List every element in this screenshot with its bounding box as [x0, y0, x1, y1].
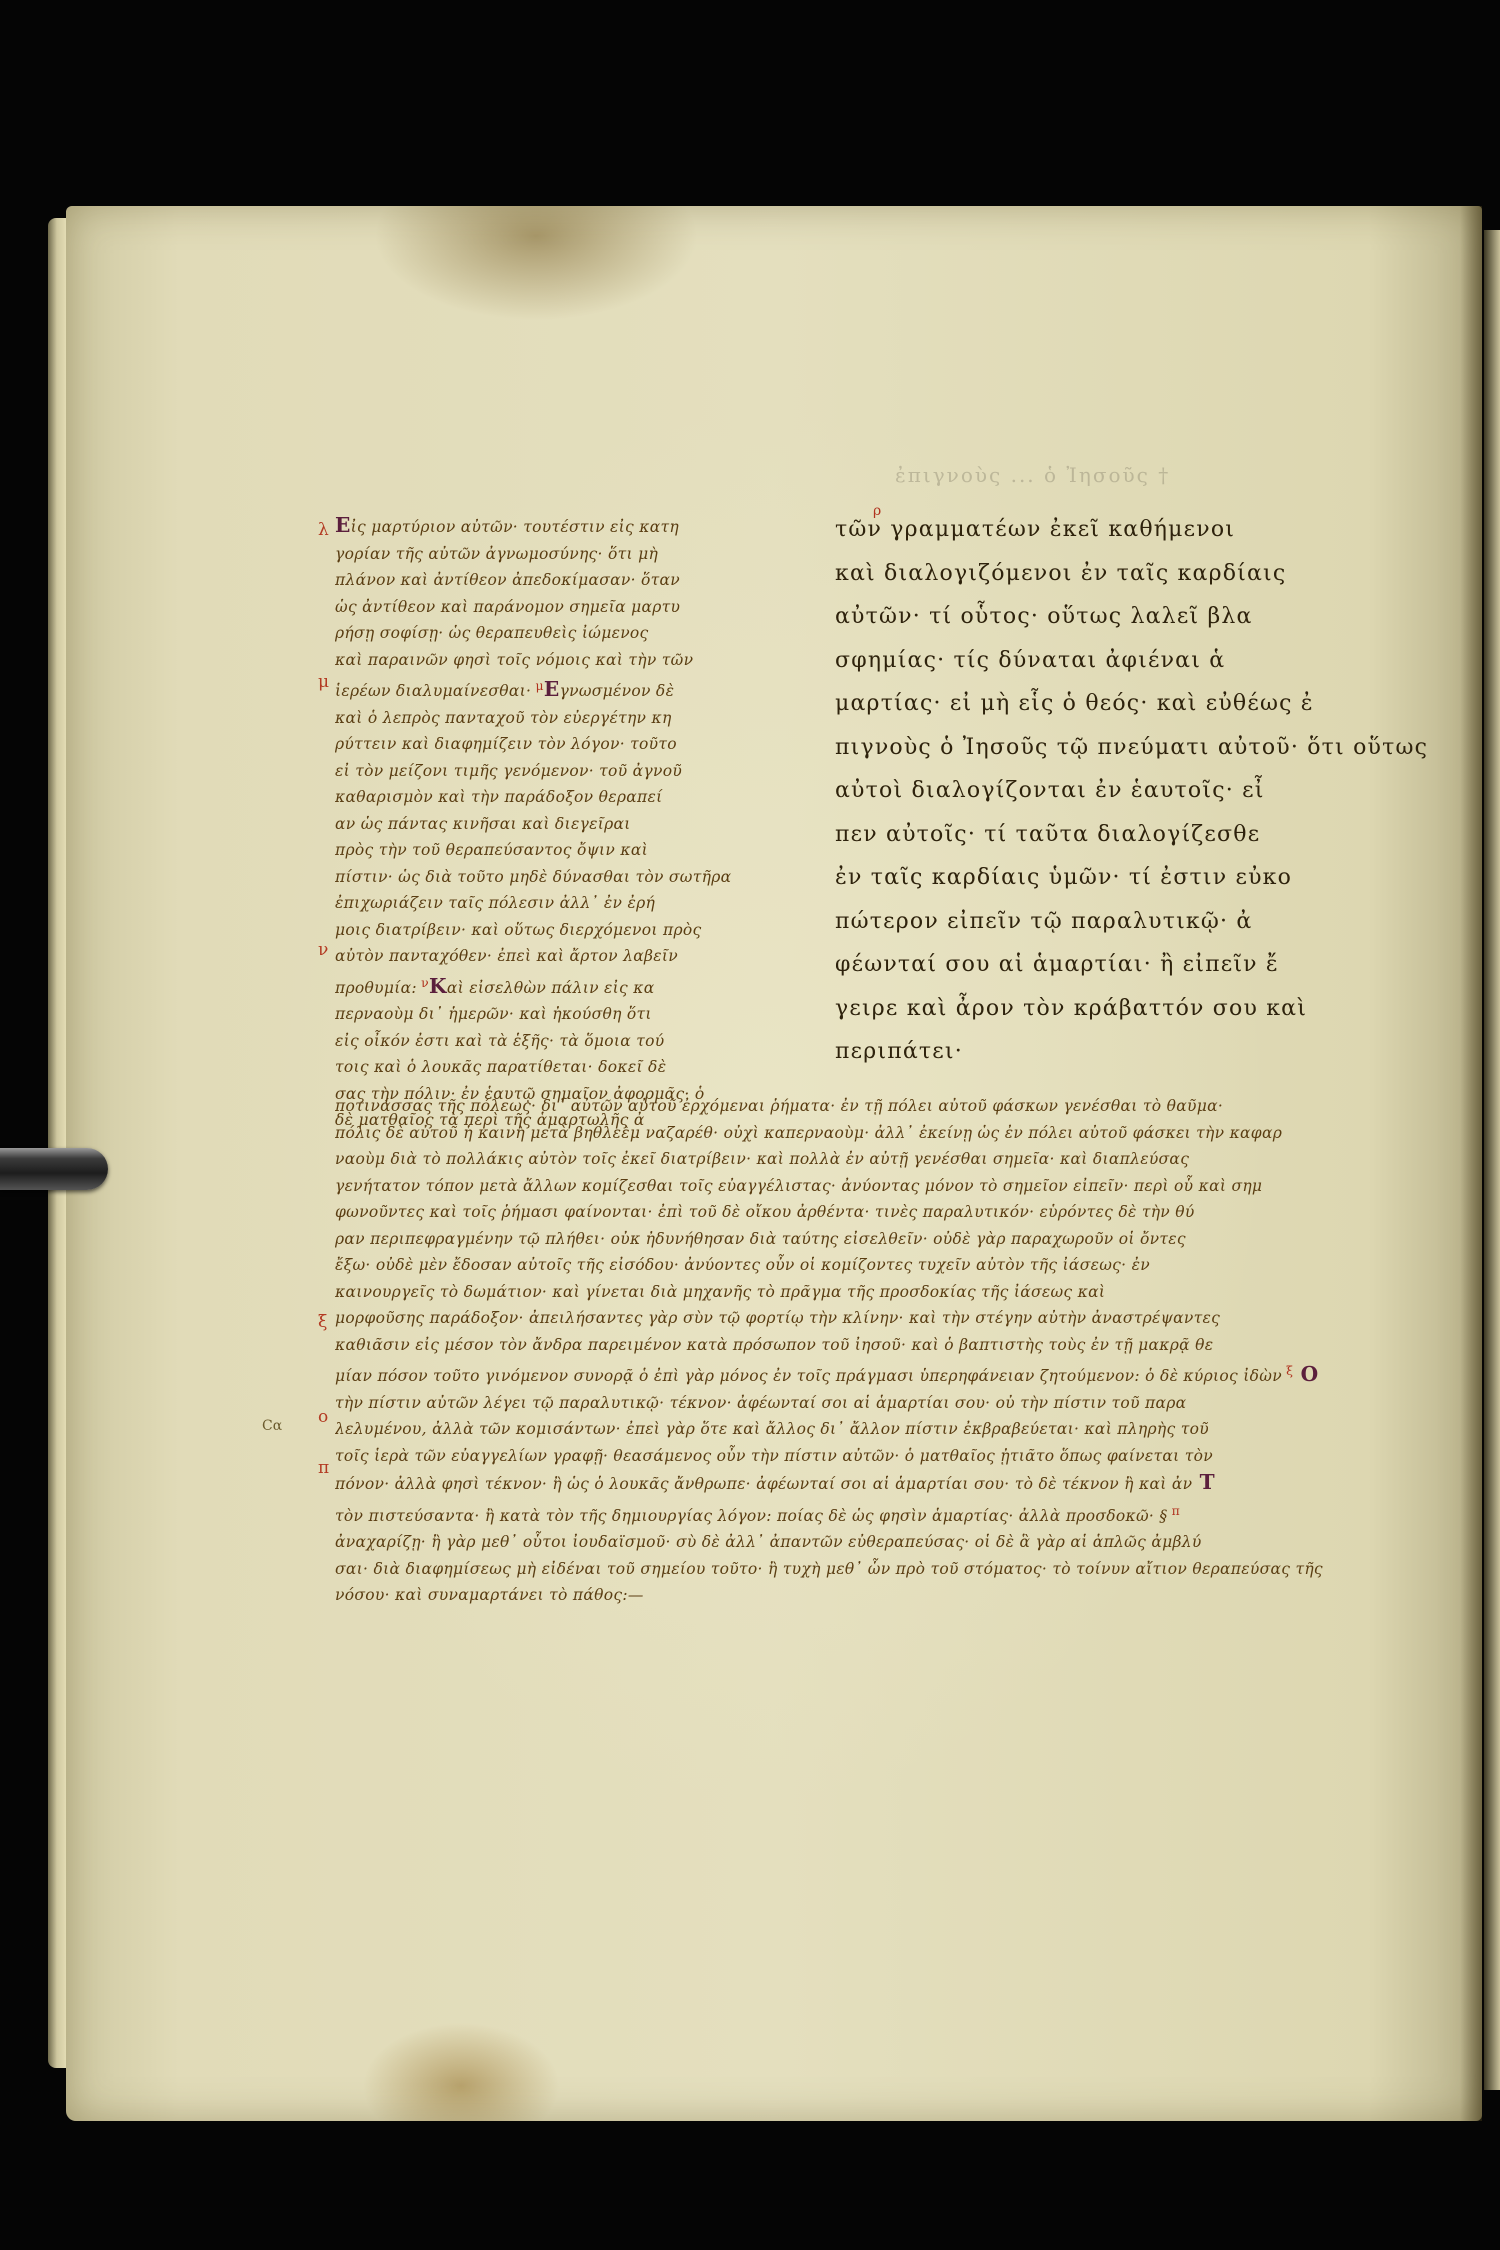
decorated-initial: Ο [1293, 1362, 1318, 1386]
gospel-text-column: ρ τῶν γραμματέων ἐκεῖ καθήμενοικαὶ διαλο… [835, 508, 1395, 1074]
line-text: πόλις δὲ αὐτοῦ ἡ καινὴ μετὰ βηθλεὲμ ναζα… [335, 1124, 1282, 1142]
commentary-line: φωνοῦντες καὶ τοῖς ῥήμασι φαίνονται· ἐπὶ… [335, 1199, 1395, 1226]
line-text: πλάνον καὶ ἀντίθεον ἀπεδοκίμασαν· ὅταν [335, 571, 680, 589]
line-text: ἔξω· οὐδὲ μὲν ἔδοσαν αὐτοῖς τῆς εἰσόδου·… [335, 1256, 1150, 1274]
facing-leaf-edge [1484, 230, 1500, 2090]
commentary-line: περναοὺμ δι᾽ ἡμερῶν· καὶ ἠκούσθη ὅτι [335, 1001, 775, 1028]
line-text: καὶ παραινῶν φησὶ τοῖς νόμοις καὶ τὴν τῶ… [335, 651, 693, 669]
rubric-numeral: μ [531, 678, 544, 693]
commentary-line: τὴν πίστιν αὐτῶν λέγει τῷ παραλυτικῷ· τέ… [335, 1390, 1395, 1417]
commentary-line: εἰς οἶκόν ἐστι καὶ τὰ ἑξῆς· τὰ ὅμοια τού [335, 1028, 775, 1055]
line-text: τὴν πίστιν αὐτῶν λέγει τῷ παραλυτικῷ· τέ… [335, 1394, 1186, 1412]
commentary-line: γορίαν τῆς αὐτῶν ἀγνωμοσύνης· ὅτι μὴ [335, 541, 775, 568]
line-text: ἀναχαρίζῃ· ἢ γὰρ μεθ᾽ οὗτοι ἰουδαϊσμοῦ· … [335, 1533, 1202, 1551]
commentary-line: ρύττειν καὶ διαφημίζειν τὸν λόγον· τοῦτο [335, 731, 775, 758]
commentary-line: αν ὡς πάντας κινῆσαι καὶ διεγεῖραι [335, 811, 775, 838]
commentary-line: πρὸς τὴν τοῦ θεραπεύσαντος ὄψιν καὶ [335, 837, 775, 864]
line-text: φωνοῦντες καὶ τοῖς ῥήμασι φαίνονται· ἐπὶ… [335, 1203, 1195, 1221]
commentary-line: μίαν πόσον τοῦτο γινόμενον συνορᾷ ὁ ἐπὶ … [335, 1358, 1395, 1390]
commentary-line: καθαρισμὸν καὶ τὴν παράδοξον θεραπεί [335, 784, 775, 811]
gospel-line: πώτερον εἰπεῖν τῷ παραλυτικῷ· ἀ [835, 900, 1395, 944]
gospel-line: φέωνταί σου αἱ ἁμαρτίαι· ἢ εἰπεῖν ἔ [835, 943, 1395, 987]
margin-mark: Ϲα [262, 1418, 282, 1434]
commentary-line: Εἰς μαρτύριον αὐτῶν· τουτέστιν εἰς κατη [335, 512, 775, 541]
line-text: περναοὺμ δι᾽ ἡμερῶν· καὶ ἠκούσθη ὅτι [335, 1005, 652, 1023]
commentary-line: καὶ ὁ λεπρὸς πανταχοῦ τὸν εὐεργέτην κη [335, 705, 775, 732]
commentary-line: ὡς ἀντίθεον καὶ παράνομον σημεῖα μαρτυ [335, 594, 775, 621]
line-text: γενήτατον τόπον μετὰ ἄλλων κομίζεσθαι το… [335, 1177, 1262, 1195]
rubric-numeral: ν [417, 975, 429, 990]
commentary-line: γενήτατον τόπον μετὰ ἄλλων κομίζεσθαι το… [335, 1173, 1395, 1200]
line-text: ρήσῃ σοφίσῃ· ὡς θεραπευθεὶς ἰώμενος [335, 624, 649, 642]
commentary-line: καὶ παραινῶν φησὶ τοῖς νόμοις καὶ τὴν τῶ… [335, 647, 775, 674]
line-text: καθαρισμὸν καὶ τὴν παράδοξον θεραπεί [335, 788, 663, 806]
line-text: ραν περιπεφραγμένην τῷ πλήθει· οὐκ ἠδυνή… [335, 1230, 1186, 1248]
margin-numeral: λ [318, 520, 329, 540]
line-text: μίαν πόσον τοῦτο γινόμενον συνορᾷ ὁ ἐπὶ … [335, 1367, 1282, 1385]
line-text: μορφοῦσης παράδοξον· ἀπειλήσαντες γὰρ σὺ… [335, 1309, 1220, 1327]
gospel-text-lines: τῶν γραμματέων ἐκεῖ καθήμενοικαὶ διαλογι… [835, 508, 1395, 1074]
rubric-numeral: π [1167, 1503, 1180, 1518]
commentary-line: εἰ τὸν μείζονι τιμῆς γενόμενον· τοῦ ἀγνο… [335, 758, 775, 785]
commentary-line: μορφοῦσης παράδοξον· ἀπειλήσαντες γὰρ σὺ… [335, 1305, 1395, 1332]
line-text: ρύττειν καὶ διαφημίζειν τὸν λόγον· τοῦτο [335, 735, 677, 753]
commentary-line: λελυμένου, ἀλλὰ τῶν κομισάντων· ἐπεὶ γὰρ… [335, 1416, 1395, 1443]
commentary-line: ἱερέων διαλυμαίνεσθαι· μΕγνωσμένον δὲ [335, 673, 775, 705]
commentary-line: αὐτὸν πανταχόθεν· ἐπεὶ καὶ ἄρτον λαβεῖν [335, 943, 775, 970]
line-text: ἱερέων διαλυμαίνεσθαι· [335, 682, 531, 700]
line-text: γνωσμένον δὲ [560, 682, 675, 700]
gospel-line: πιγνοὺς ὁ Ἰησοῦς τῷ πνεύματι αὐτοῦ· ὅτι … [835, 726, 1395, 770]
commentary-line: ἐπιχωριάζειν ταῖς πόλεσιν ἀλλ᾽ ἐν ἐρή [335, 890, 775, 917]
line-text: ποτινάσσας τῆς πόλεως· δι᾽ αὐτῶν αὐτοῦ ἐ… [335, 1097, 1223, 1115]
gospel-line: γειρε καὶ ἆρον τὸν κράβαττόν σου καὶ [835, 987, 1395, 1031]
commentary-line: ποτινάσσας τῆς πόλεως· δι᾽ αὐτῶν αὐτοῦ ἐ… [335, 1093, 1395, 1120]
line-text: καινουργεῖς τὸ δωμάτιον· καὶ γίνεται διὰ… [335, 1283, 1105, 1301]
decorated-initial: Τ [1192, 1470, 1215, 1494]
commentary-line: προθυμία: νΚαὶ εἰσελθὼν πάλιν εἰς κα [335, 970, 775, 1002]
line-text: ἐπιχωριάζειν ταῖς πόλεσιν ἀλλ᾽ ἐν ἐρή [335, 894, 655, 912]
gospel-line: πεν αὐτοῖς· τί ταῦτα διαλογίζεσθε [835, 813, 1395, 857]
margin-numeral: ο [318, 1407, 328, 1427]
line-text: ὡς ἀντίθεον καὶ παράνομον σημεῖα μαρτυ [335, 598, 680, 616]
line-text: τοῖς ἱερὰ τῶν εὐαγγελίων γραφῇ· θεασάμεν… [335, 1447, 1213, 1465]
margin-numeral: μ [318, 672, 329, 692]
line-text: τοις καὶ ὁ λουκᾶς παρατίθεται· δοκεῖ δὲ [335, 1058, 666, 1076]
decorated-initial: Ε [335, 513, 351, 537]
line-text: ἰς μαρτύριον αὐτῶν· τουτέστιν εἰς κατη [351, 518, 679, 536]
show-through-text: ἐπιγνοὺς ... ὁ Ἰησοῦς † [895, 463, 1415, 487]
line-text: πίστιν· ὡς διὰ τοῦτο μηδὲ δύνασθαι τὸν σ… [335, 868, 731, 886]
commentary-line: ἀναχαρίζῃ· ἢ γὰρ μεθ᾽ οὗτοι ἰουδαϊσμοῦ· … [335, 1529, 1395, 1556]
commentary-line: καινουργεῖς τὸ δωμάτιον· καὶ γίνεται διὰ… [335, 1279, 1395, 1306]
gospel-line: ἐν ταῖς καρδίαις ὑμῶν· τί ἐστιν εὐκο [835, 856, 1395, 900]
commentary-line: ἔξω· οὐδὲ μὲν ἔδοσαν αὐτοῖς τῆς εἰσόδου·… [335, 1252, 1395, 1279]
margin-numeral: ξ [318, 1312, 327, 1332]
line-text: ναοὺμ διὰ τὸ πολλάκις αὐτὸν τοῖς ἐκεῖ δι… [335, 1150, 1189, 1168]
commentary-line: πλάνον καὶ ἀντίθεον ἀπεδοκίμασαν· ὅταν [335, 567, 775, 594]
line-text: εἰς οἶκόν ἐστι καὶ τὰ ἑξῆς· τὰ ὅμοια τού [335, 1032, 665, 1050]
line-text: καὶ ὁ λεπρὸς πανταχοῦ τὸν εὐεργέτην κη [335, 709, 672, 727]
commentary-line: ναοὺμ διὰ τὸ πολλάκις αὐτὸν τοῖς ἐκεῖ δι… [335, 1146, 1395, 1173]
gospel-line: καὶ διαλογιζόμενοι ἐν ταῖς καρδίαις [835, 552, 1395, 596]
line-text: νόσου· καὶ συναμαρτάνει τὸ πάθος:— [335, 1586, 644, 1604]
margin-numeral: π [318, 1458, 329, 1478]
line-text: πρὸς τὴν τοῦ θεραπεύσαντος ὄψιν καὶ [335, 841, 648, 859]
commentary-line: ραν περιπεφραγμένην τῷ πλήθει· οὐκ ἠδυνή… [335, 1226, 1395, 1253]
line-text: λελυμένου, ἀλλὰ τῶν κομισάντων· ἐπεὶ γὰρ… [335, 1420, 1209, 1438]
gospel-line: αὐτοὶ διαλογίζονται ἐν ἑαυτοῖς· εἶ [835, 769, 1395, 813]
line-text: σαι· διὰ διαφημίσεως μὴ εἰδέναι τοῦ σημε… [335, 1560, 1323, 1578]
gospel-line: περιπάτει· [835, 1030, 1395, 1074]
commentary-line: πόνον· ἀλλὰ φησὶ τέκνον· ἢ ὡς ὁ λουκᾶς ἄ… [335, 1469, 1395, 1498]
decorated-initial: Ε [544, 677, 560, 701]
line-text: αὐτὸν πανταχόθεν· ἐπεὶ καὶ ἄρτον λαβεῖν [335, 947, 678, 965]
commentary-block-bottom: ποτινάσσας τῆς πόλεως· δι᾽ αὐτῶν αὐτοῦ ἐ… [335, 1093, 1395, 1609]
line-text: γορίαν τῆς αὐτῶν ἀγνωμοσύνης· ὅτι μὴ [335, 545, 658, 563]
line-text: αὶ εἰσελθὼν πάλιν εἰς κα [447, 979, 655, 997]
commentary-line: τὸν πιστεύσαντα· ἢ κατὰ τὸν τῆς δημιουργ… [335, 1498, 1395, 1530]
gospel-line: μαρτίας· εἰ μὴ εἷς ὁ θεός· καὶ εὐθέως ἐ [835, 682, 1395, 726]
commentary-line: τοῖς ἱερὰ τῶν εὐαγγελίων γραφῇ· θεασάμεν… [335, 1443, 1395, 1470]
rubric-numeral: ξ [1282, 1363, 1293, 1378]
commentary-line: μοις διατρίβειν· καὶ οὕτως διερχόμενοι π… [335, 917, 775, 944]
commentary-line: νόσου· καὶ συναμαρτάνει τὸ πάθος:— [335, 1582, 1395, 1609]
line-text: αν ὡς πάντας κινῆσαι καὶ διεγεῖραι [335, 815, 631, 833]
commentary-line: τοις καὶ ὁ λουκᾶς παρατίθεται· δοκεῖ δὲ [335, 1054, 775, 1081]
gospel-line: αὐτῶν· τί οὗτος· οὕτως λαλεῖ βλα [835, 595, 1395, 639]
line-text: πόνον· ἀλλὰ φησὶ τέκνον· ἢ ὡς ὁ λουκᾶς ἄ… [335, 1475, 1192, 1493]
line-text: προθυμία: [335, 979, 417, 997]
margin-numeral: ν [318, 940, 328, 960]
decorated-initial: Κ [429, 974, 447, 998]
commentary-column-left: Εἰς μαρτύριον αὐτῶν· τουτέστιν εἰς κατηγ… [335, 512, 775, 1134]
commentary-line: σαι· διὰ διαφημίσεως μὴ εἰδέναι τοῦ σημε… [335, 1556, 1395, 1583]
page-gutter-shadow [1460, 206, 1482, 2121]
commentary-line: ρήσῃ σοφίσῃ· ὡς θεραπευθεὶς ἰώμενος [335, 620, 775, 647]
line-text: μοις διατρίβειν· καὶ οὕτως διερχόμενοι π… [335, 921, 702, 939]
gospel-line: σφημίας· τίς δύναται ἀφιέναι ἁ [835, 639, 1395, 683]
commentary-line: καθιᾶσιν εἰς μέσον τὸν ἄνδρα παρειμένον … [335, 1332, 1395, 1359]
commentary-line: πίστιν· ὡς διὰ τοῦτο μηδὲ δύνασθαι τὸν σ… [335, 864, 775, 891]
line-text: εἰ τὸν μείζονι τιμῆς γενόμενον· τοῦ ἀγνο… [335, 762, 682, 780]
line-text: καθιᾶσιν εἰς μέσον τὸν ἄνδρα παρειμένον … [335, 1336, 1213, 1354]
rubric-mark: ρ [873, 490, 882, 534]
line-text: τὸν πιστεύσαντα· ἢ κατὰ τὸν τῆς δημιουργ… [335, 1507, 1167, 1525]
page-clip-weight [0, 1148, 108, 1190]
gospel-line: τῶν γραμματέων ἐκεῖ καθήμενοι [835, 508, 1395, 552]
commentary-line: πόλις δὲ αὐτοῦ ἡ καινὴ μετὰ βηθλεὲμ ναζα… [335, 1120, 1395, 1147]
